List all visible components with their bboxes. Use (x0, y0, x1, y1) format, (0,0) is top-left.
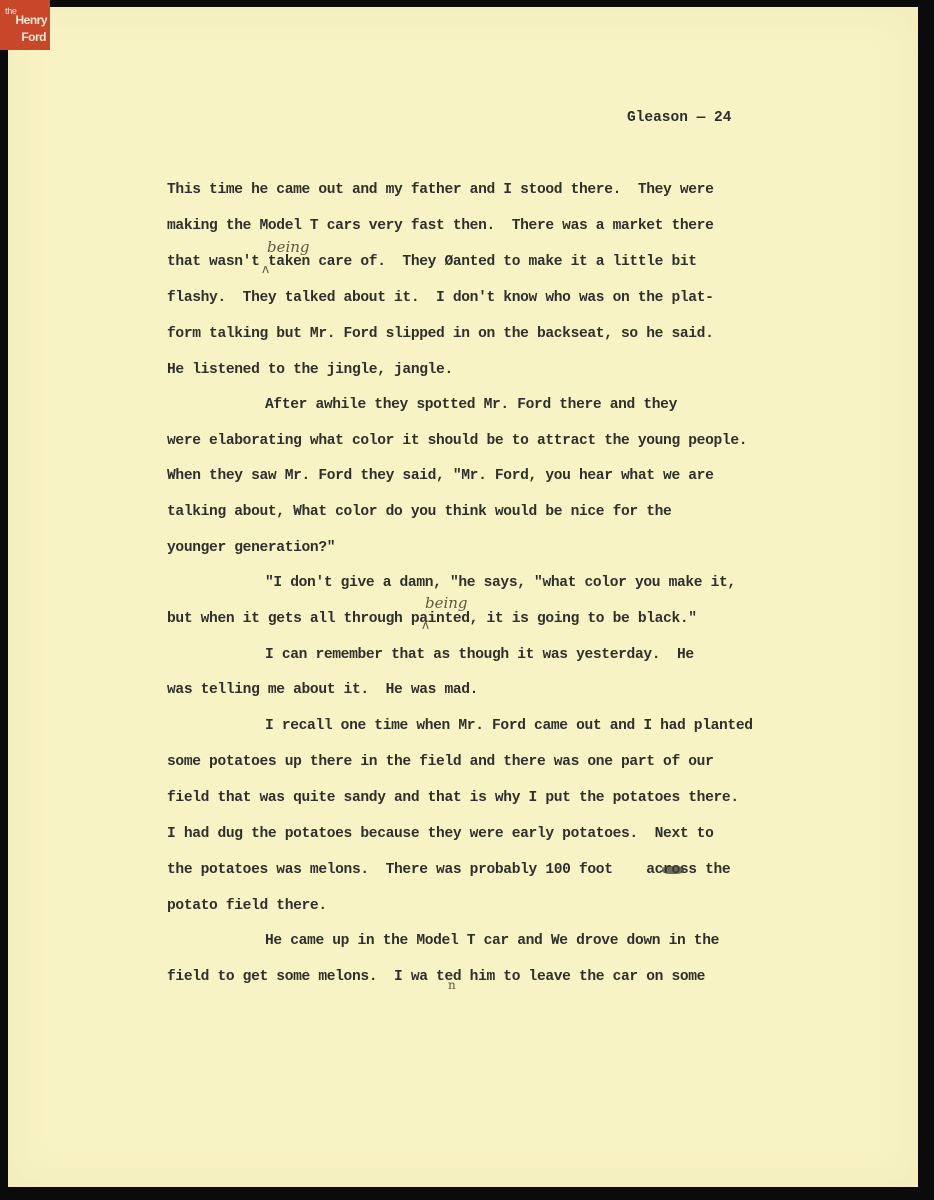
text-line: field that was quite sandy and that is w… (167, 788, 739, 808)
text-line: talking about, What color do you think w… (167, 502, 671, 522)
text-line: making the Model T cars very fast then. … (167, 216, 714, 236)
text-line-indented: "I don't give a damn, "he says, "what co… (265, 573, 736, 593)
text-line: was telling me about it. He was mad. (167, 680, 478, 700)
handwritten-insert-n: n (448, 978, 456, 992)
scan-frame: the Henry Ford Gleason — 24 This time he… (0, 0, 934, 1200)
text-line-indented: After awhile they spotted Mr. Ford there… (265, 395, 677, 415)
text-line: younger generation?" (167, 538, 335, 558)
strikeout-smudge (662, 866, 684, 874)
text-line: that wasn't taken care of. They Øanted t… (167, 252, 697, 272)
text-line: the potatoes was melons. There was proba… (167, 860, 730, 880)
text-line: form talking but Mr. Ford slipped in on … (167, 324, 714, 344)
page-header: Gleason — 24 (627, 110, 731, 126)
handwritten-insert-being: being (425, 594, 468, 612)
logo-text-ford: Ford (21, 31, 46, 43)
logo-text-henry: Henry (15, 14, 47, 26)
insert-caret-mark: ʌ (422, 618, 429, 632)
text-line: but when it gets all through painted, it… (167, 609, 697, 629)
text-line: potato field there. (167, 896, 327, 916)
text-line: were elaborating what color it should be… (167, 431, 747, 451)
text-line: This time he came out and my father and … (167, 180, 714, 200)
text-line: some potatoes up there in the field and … (167, 752, 714, 772)
text-line-indented: I recall one time when Mr. Ford came out… (265, 716, 753, 736)
insert-caret-mark: ʌ (262, 262, 269, 276)
text-line: I had dug the potatoes because they were… (167, 824, 714, 844)
text-line: When they saw Mr. Ford they said, "Mr. F… (167, 466, 714, 486)
text-line-indented: I can remember that as though it was yes… (265, 645, 694, 665)
text-line-indented: He came up in the Model T car and We dro… (265, 931, 719, 951)
text-line: He listened to the jingle, jangle. (167, 360, 453, 380)
henry-ford-logo: the Henry Ford (0, 0, 50, 50)
handwritten-insert-being: being (267, 238, 310, 256)
text-line: flashy. They talked about it. I don't kn… (167, 288, 714, 308)
text-line: field to get some melons. I wa ted him t… (167, 967, 705, 987)
